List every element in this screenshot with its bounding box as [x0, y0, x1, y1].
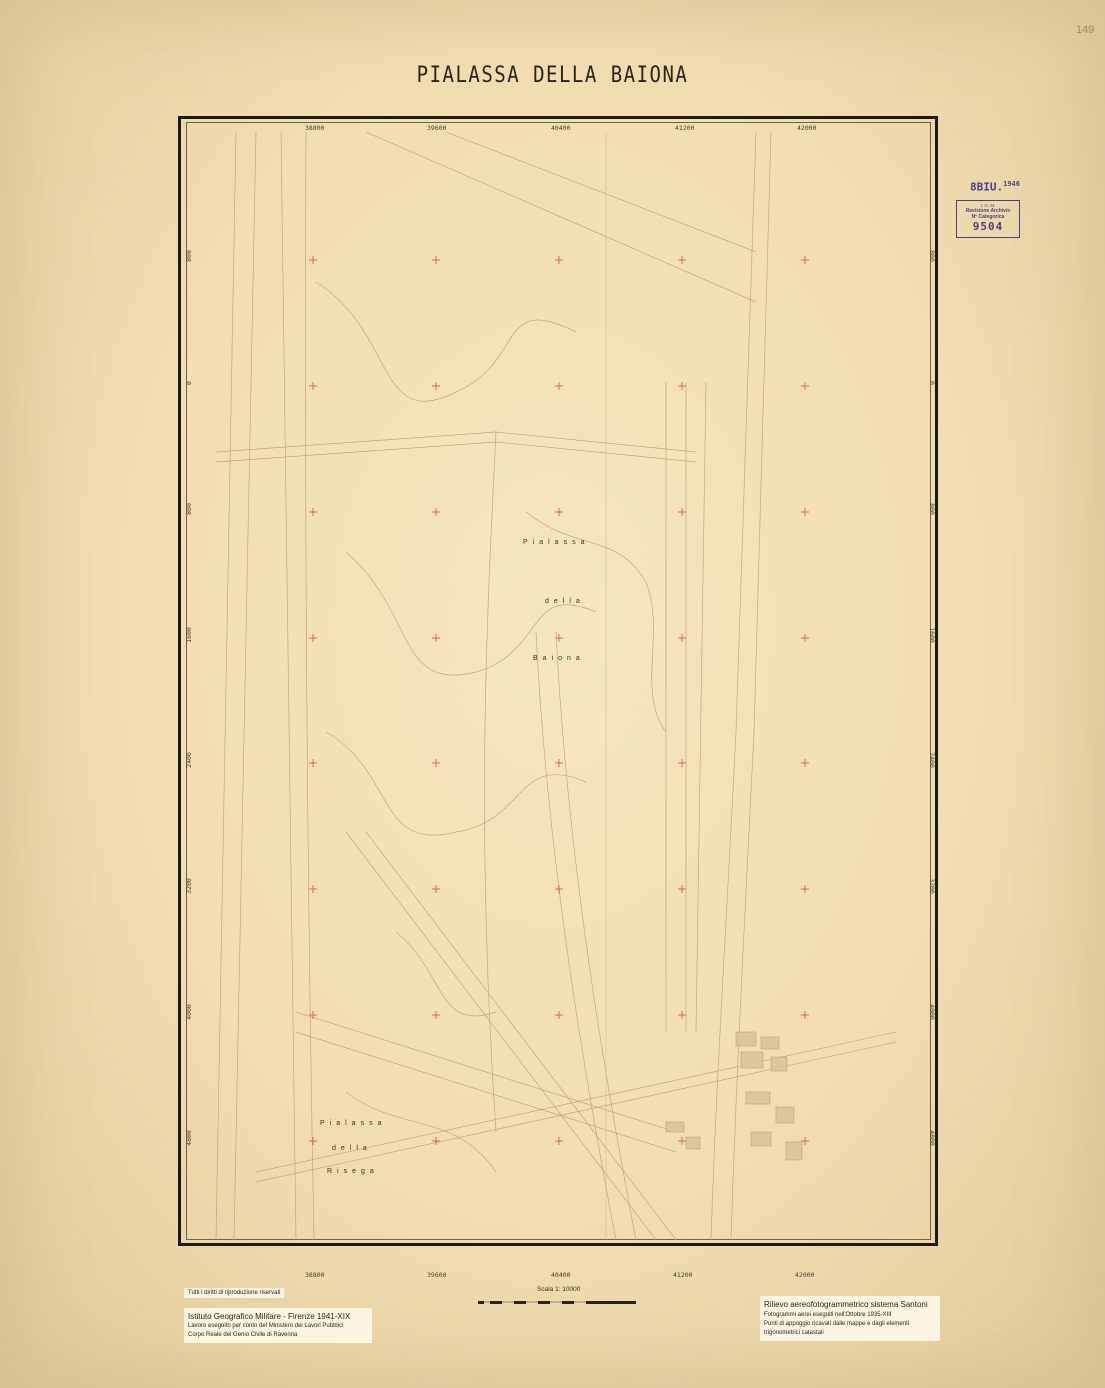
label-pialassa-risega-3: Risega [327, 1168, 379, 1175]
label-pialassa-baiona-1: Pialassa [523, 539, 589, 546]
scale-bar [478, 1296, 636, 1306]
right-tick-1: 0 [928, 368, 936, 398]
right-tick-4: 2400 [928, 745, 936, 775]
left-tick-5: 3200 [185, 871, 193, 901]
left-tick-1: 0 [185, 368, 193, 398]
left-tick-3: 1600 [185, 620, 193, 650]
archive-stamp-date: 8BIU.1946 [970, 180, 1020, 194]
publisher-panel: Istituto Geografico Militare - Firenze 1… [184, 1308, 372, 1343]
rights-notice: Tutti i diritti di riproduzione riservat… [184, 1288, 284, 1298]
right-tick-0: 800 [928, 241, 936, 271]
top-tick-41200: 41200 [675, 124, 695, 132]
stamp-date-year: 1946 [1003, 180, 1020, 188]
right-tick-5: 3200 [928, 871, 936, 901]
top-tick-39600: 39600 [427, 124, 447, 132]
top-tick-38800: 38800 [305, 124, 325, 132]
map-title: PIALASSA DELLA BAIONA [0, 62, 1105, 87]
left-tick-6: 4000 [185, 997, 193, 1027]
stamp-number: 9504 [957, 221, 1019, 232]
publisher-line3: Corpo Reale del Genio Civile di Ravenna [188, 1331, 368, 1340]
label-pialassa-risega-1: Pialassa [320, 1120, 386, 1127]
label-pialassa-risega-2: della [332, 1145, 372, 1152]
right-tick-7: 4800 [928, 1123, 936, 1153]
map-canvas[interactable] [196, 132, 920, 1240]
left-tick-0: 800 [185, 241, 193, 271]
survey-main: Rilievo aereofotogrammetrico sistema San… [764, 1299, 936, 1311]
left-tick-2: 800 [185, 494, 193, 524]
label-pialassa-baiona-2: della [545, 598, 585, 605]
survey-line4: trigonometrici catastali [764, 1329, 936, 1338]
publisher-line2: Lavoro eseguito per conto del Ministero … [188, 1322, 368, 1331]
survey-line2: Fotogrammi aerei eseguiti nell'Ottobre 1… [764, 1311, 936, 1320]
archive-pencil-note: 149 [1076, 24, 1094, 36]
left-tick-4: 2400 [185, 745, 193, 775]
map-linework [196, 132, 920, 1240]
bottom-tick-39600: 39600 [427, 1271, 447, 1279]
top-tick-42000: 42000 [797, 124, 817, 132]
bottom-tick-41200: 41200 [673, 1271, 693, 1279]
label-pialassa-baiona-3: Baiona [533, 655, 585, 662]
right-tick-3: 1600 [928, 620, 936, 650]
bottom-tick-38800: 38800 [305, 1271, 325, 1279]
top-tick-40400: 40400 [551, 124, 571, 132]
bottom-tick-40400: 40400 [551, 1271, 571, 1279]
right-tick-6: 4000 [928, 997, 936, 1027]
right-tick-2: 800 [928, 494, 936, 524]
bottom-tick-42000: 42000 [795, 1271, 815, 1279]
scale-label: Scala 1: 10000 [537, 1286, 580, 1293]
survey-panel: Rilievo aereofotogrammetrico sistema San… [760, 1296, 940, 1341]
left-tick-7: 4800 [185, 1123, 193, 1153]
survey-line3: Punti di appoggio ricavati dalle mappe e… [764, 1320, 936, 1329]
publisher-main: Istituto Geografico Militare - Firenze 1… [188, 1311, 368, 1322]
archive-stamp: I. G. M. Revisione Archivio Nº Categoric… [956, 200, 1020, 238]
stamp-date-main: 8BIU. [970, 181, 1003, 194]
